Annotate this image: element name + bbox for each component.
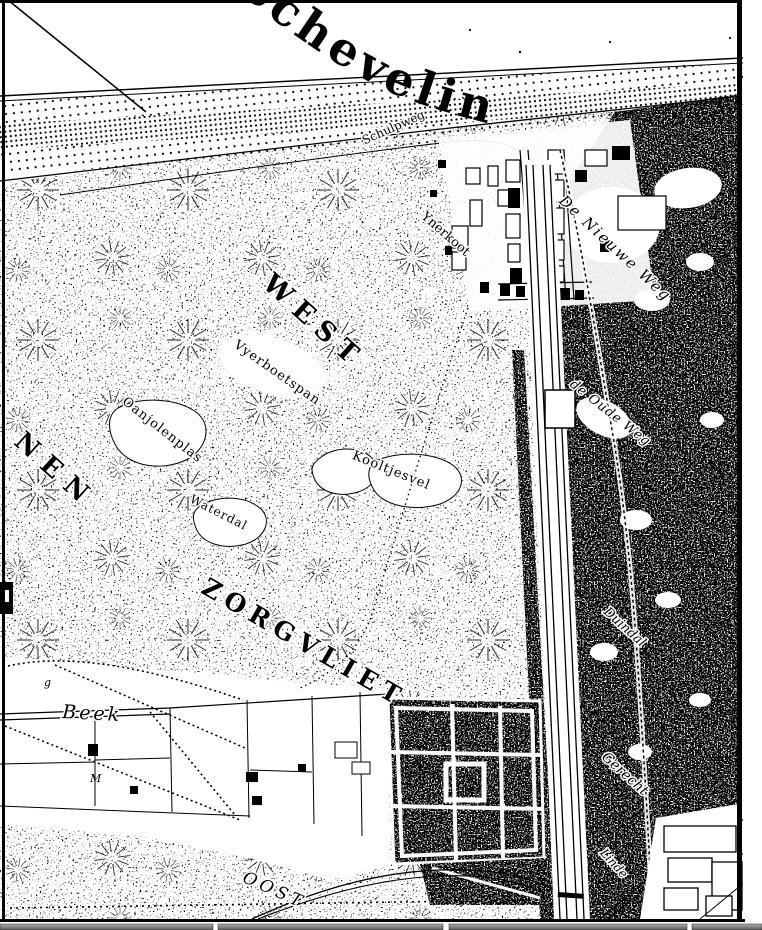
edge-structure: [0, 582, 13, 614]
bottom-bar-segment[interactable]: [692, 924, 762, 930]
label-g-mark: g: [44, 676, 51, 689]
bottom-bar-segment[interactable]: [0, 924, 213, 930]
road-building: [545, 390, 575, 428]
map-canvas[interactable]: Schevelinge Schulpweg Ynerkoot De Nieuwe…: [0, 0, 762, 930]
bottom-bar-segment[interactable]: [218, 924, 443, 930]
label-m-mark: M: [89, 772, 102, 785]
label-beek: Beek: [61, 701, 123, 726]
map-viewport: Schevelinge Schulpweg Ynerkoot De Nieuwe…: [0, 0, 762, 930]
bottom-bar: [0, 924, 762, 930]
bottom-bar-segment[interactable]: [449, 924, 687, 930]
